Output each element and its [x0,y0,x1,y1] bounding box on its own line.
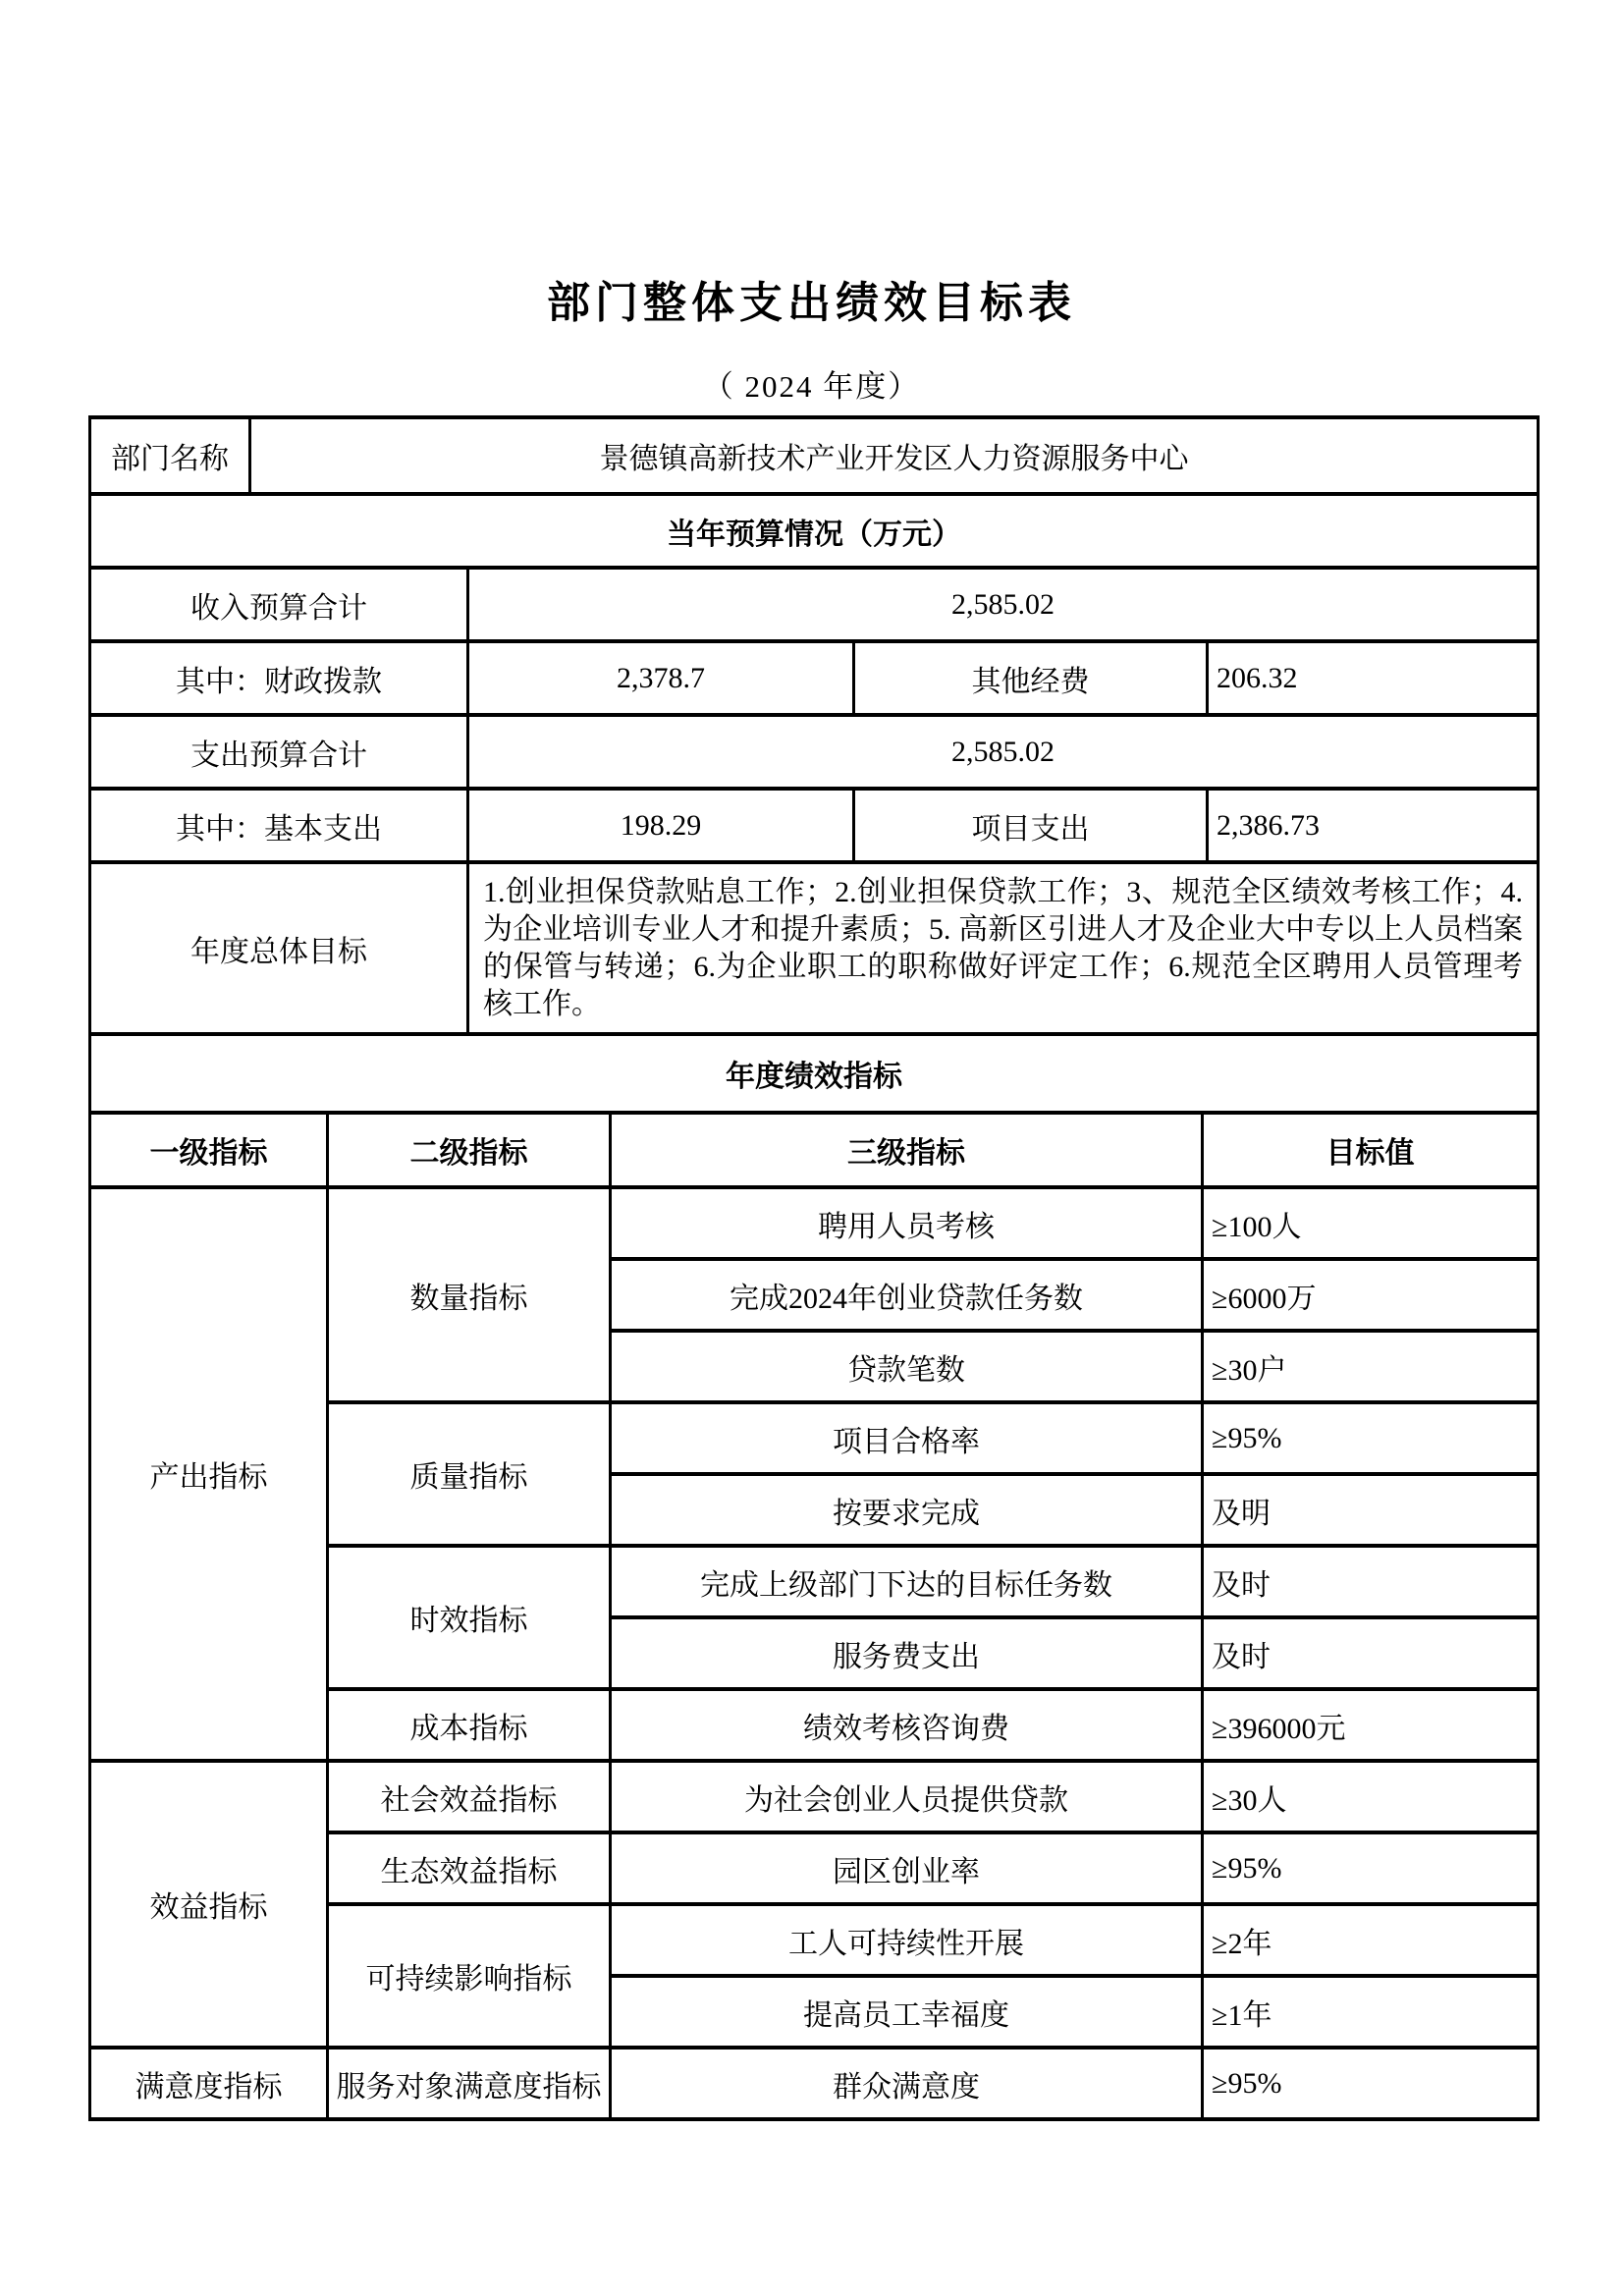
l3-indicator-cell: 提高员工幸福度 [611,1976,1203,2048]
target-value-cell: ≥30人 [1203,1761,1539,1832]
other-funds-label: 其他经费 [854,641,1208,715]
l1-indicator-cell: 满意度指标 [90,2048,328,2119]
target-value-cell: ≥2年 [1203,1904,1539,1976]
project-expense-value: 2,386.73 [1208,789,1539,862]
indicators-table: 年度绩效指标 一级指标 二级指标 三级指标 目标值 产出指标 数量指标 聘用人员… [88,1032,1540,2121]
target-value-cell: ≥1年 [1203,1976,1539,2048]
expense-total-value: 2,585.02 [468,715,1539,789]
page-title: 部门整体支出绩效目标表 [0,267,1623,330]
annual-goal-label: 年度总体目标 [90,862,468,1034]
l2-indicator-cell: 成本指标 [328,1689,611,1761]
l3-indicator-cell: 群众满意度 [611,2048,1203,2119]
annual-goal-text: 1.创业担保贷款贴息工作；2.创业担保贷款工作；3、规范全区绩效考核工作；4.为… [468,862,1539,1034]
header-l2-indicator: 二级指标 [328,1113,611,1187]
basic-expense-value: 198.29 [468,789,854,862]
l3-indicator-cell: 绩效考核咨询费 [611,1689,1203,1761]
target-value-cell: ≥100人 [1203,1187,1539,1259]
target-value-cell: ≥95% [1203,2048,1539,2119]
page-subtitle: （ 2024 年度） [0,361,1623,406]
indicators-section-title: 年度绩效指标 [90,1034,1539,1113]
fiscal-allocation-label: 其中：财政拨款 [90,641,468,715]
target-value-cell: ≥95% [1203,1832,1539,1904]
basic-expense-label: 其中：基本支出 [90,789,468,862]
target-value-cell: 及时 [1203,1617,1539,1689]
target-value-cell: ≥6000万 [1203,1259,1539,1331]
l2-indicator-cell: 时效指标 [328,1546,611,1689]
main-table-area: 部门名称 景德镇高新技术产业开发区人力资源服务中心 当年预算情况（万元） 收入预… [88,415,1537,2121]
l1-indicator-cell: 产出指标 [90,1187,328,1761]
budget-table: 部门名称 景德镇高新技术产业开发区人力资源服务中心 当年预算情况（万元） 收入预… [88,415,1540,1036]
income-total-value: 2,585.02 [468,568,1539,641]
l2-indicator-cell: 质量指标 [328,1402,611,1546]
dept-name-value: 景德镇高新技术产业开发区人力资源服务中心 [250,417,1539,494]
project-expense-label: 项目支出 [854,789,1208,862]
fiscal-allocation-value: 2,378.7 [468,641,854,715]
target-value-cell: 及时 [1203,1546,1539,1617]
l3-indicator-cell: 贷款笔数 [611,1331,1203,1402]
target-value-cell: ≥396000元 [1203,1689,1539,1761]
l3-indicator-cell: 工人可持续性开展 [611,1904,1203,1976]
l3-indicator-cell: 项目合格率 [611,1402,1203,1474]
l3-indicator-cell: 园区创业率 [611,1832,1203,1904]
target-value-cell: 及明 [1203,1474,1539,1546]
target-value-cell: ≥95% [1203,1402,1539,1474]
l3-indicator-cell: 按要求完成 [611,1474,1203,1546]
document-page: 部门整体支出绩效目标表 （ 2024 年度） 部门名称 景德镇高新技术产业开发区… [0,0,1623,2296]
l1-indicator-cell: 效益指标 [90,1761,328,2048]
l3-indicator-cell: 聘用人员考核 [611,1187,1203,1259]
header-l3-indicator: 三级指标 [611,1113,1203,1187]
other-funds-value: 206.32 [1208,641,1539,715]
dept-name-label: 部门名称 [90,417,250,494]
l2-indicator-cell: 社会效益指标 [328,1761,611,1832]
expense-total-label: 支出预算合计 [90,715,468,789]
l2-indicator-cell: 生态效益指标 [328,1832,611,1904]
l2-indicator-cell: 可持续影响指标 [328,1904,611,2048]
l3-indicator-cell: 服务费支出 [611,1617,1203,1689]
l2-indicator-cell: 数量指标 [328,1187,611,1402]
income-total-label: 收入预算合计 [90,568,468,641]
l3-indicator-cell: 为社会创业人员提供贷款 [611,1761,1203,1832]
l3-indicator-cell: 完成2024年创业贷款任务数 [611,1259,1203,1331]
header-target-value: 目标值 [1203,1113,1539,1187]
header-l1-indicator: 一级指标 [90,1113,328,1187]
budget-section-title: 当年预算情况（万元） [90,494,1539,568]
target-value-cell: ≥30户 [1203,1331,1539,1402]
l3-indicator-cell: 完成上级部门下达的目标任务数 [611,1546,1203,1617]
l2-indicator-cell: 服务对象满意度指标 [328,2048,611,2119]
